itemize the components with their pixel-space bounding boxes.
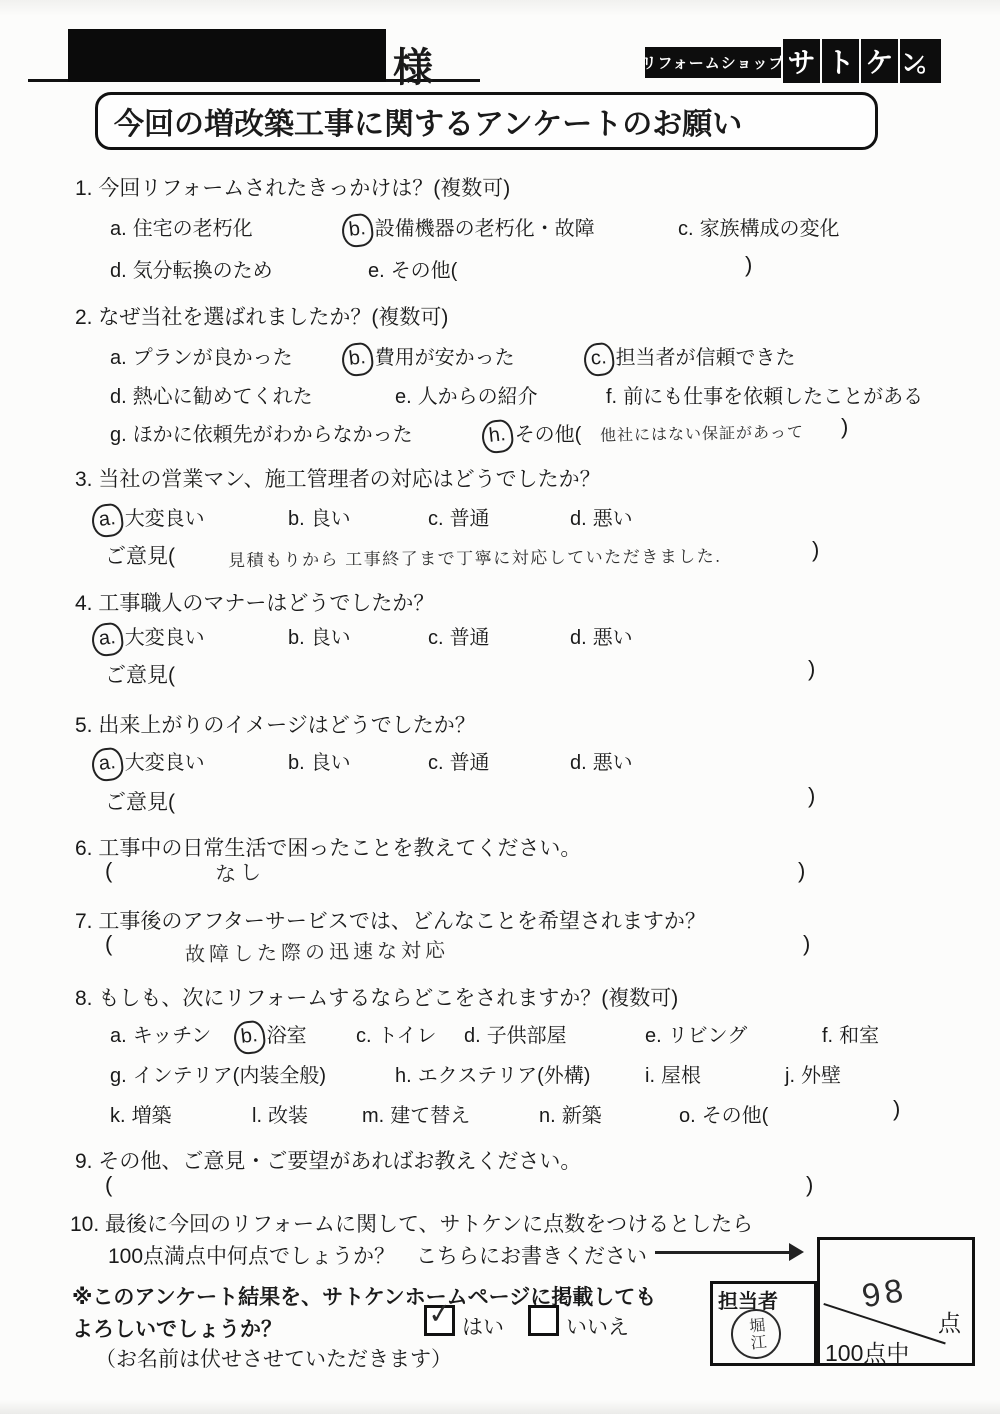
circled-option-letter: a. bbox=[90, 621, 124, 657]
option-label: その他( bbox=[391, 260, 458, 282]
questionnaire-page: 様 リフォームショップ サ ト ケ ン。 今回の増改築工事に関するアンケートのお… bbox=[0, 0, 1000, 1414]
survey-title-box: 今回の増改築工事に関するアンケートのお願い bbox=[95, 92, 878, 150]
option-label: 熱心に勧めてくれた bbox=[133, 386, 313, 408]
q3-option-c: c.普通 bbox=[428, 502, 490, 531]
consent-note: （お名前は伏せさせていただきます） bbox=[95, 1343, 452, 1373]
consent-line2: よろしいでしょうか？ bbox=[72, 1313, 282, 1343]
q2-option-d: d.熱心に勧めてくれた bbox=[110, 380, 313, 409]
option-letter: d. bbox=[110, 386, 127, 409]
logo-reform-shop: リフォームショップ bbox=[645, 47, 781, 78]
option-letter: d. bbox=[110, 260, 127, 283]
option-label: 普通 bbox=[450, 752, 490, 774]
option-label: 良い bbox=[311, 752, 351, 774]
q3-heading: 3. 当社の営業マン、施工管理者の対応はどうでしたか？ bbox=[75, 463, 601, 493]
close-paren: ) bbox=[806, 1172, 813, 1198]
option-label: リビング bbox=[668, 1025, 748, 1047]
q7-answer-handwritten: 故障した際の迅速な対応 bbox=[185, 934, 449, 968]
option-label: ほかに依頼先がわからなかった bbox=[133, 424, 413, 446]
option-label: 前にも仕事を依頼したことがある bbox=[623, 386, 923, 408]
q4-option-d: d.悪い bbox=[570, 621, 633, 650]
option-letter: f. bbox=[822, 1025, 833, 1048]
q2-option-e: e.人からの紹介 bbox=[395, 380, 538, 409]
q6-answer-handwritten: なし bbox=[214, 855, 266, 888]
q2-option-a: a.プランが良かった bbox=[110, 341, 293, 370]
option-letter: b. bbox=[288, 752, 305, 775]
option-letter: d. bbox=[570, 752, 587, 775]
no-label: いいえ bbox=[566, 1311, 629, 1341]
option-label: 担当者が信頼できた bbox=[616, 347, 796, 369]
close-paren: ) bbox=[798, 858, 805, 884]
q8-option-e: e.リビング bbox=[645, 1019, 747, 1048]
q9-heading: 9. その他、ご意見・ご要望があればお教えください。 bbox=[75, 1145, 581, 1175]
q6-heading: 6. 工事中の日常生活で困ったことを教えてください。 bbox=[75, 832, 581, 862]
option-letter: c. bbox=[428, 752, 444, 775]
q8-option-h: h.エクステリア(外構) bbox=[395, 1059, 590, 1088]
q2-option-h: h.その他( bbox=[490, 418, 581, 449]
option-label: 浴室 bbox=[267, 1025, 307, 1047]
option-letter: a. bbox=[110, 218, 127, 241]
option-letter: c. bbox=[428, 508, 444, 531]
option-label: 悪い bbox=[593, 627, 633, 649]
q3-option-d: d.悪い bbox=[570, 502, 633, 531]
logo-brand-char: サ bbox=[783, 39, 820, 83]
option-label: 子供部屋 bbox=[487, 1025, 567, 1047]
yes-checkmark: ✓ bbox=[426, 1296, 455, 1331]
option-label: キッチン bbox=[133, 1025, 212, 1047]
q2-option-g: g.ほかに依頼先がわからなかった bbox=[110, 418, 413, 447]
q2-heading: 2. なぜ当社を選ばれましたか？(複数可) bbox=[75, 301, 448, 331]
circled-option-letter: b. bbox=[340, 341, 374, 377]
circled-option-letter: h. bbox=[480, 418, 514, 454]
q5-option-c: c.普通 bbox=[428, 746, 490, 775]
option-letter: e. bbox=[645, 1025, 662, 1048]
option-letter: i. bbox=[645, 1065, 655, 1088]
arrow-head-icon bbox=[789, 1243, 804, 1261]
q8-option-l: l.改装 bbox=[252, 1099, 308, 1128]
q1-option-d: d.気分転換のため bbox=[110, 254, 273, 283]
q8-option-k: k.増築 bbox=[110, 1099, 172, 1128]
option-letter: d. bbox=[570, 627, 587, 650]
option-letter: j. bbox=[785, 1065, 795, 1088]
q8-option-j: j.外壁 bbox=[785, 1059, 841, 1088]
option-letter: a. bbox=[110, 1025, 127, 1048]
option-letter: c. bbox=[428, 627, 444, 650]
option-label: 気分転換のため bbox=[133, 260, 273, 282]
close-paren: ) bbox=[893, 1096, 900, 1122]
score-unit: 点 bbox=[938, 1305, 961, 1338]
logo-brand-char: ケ bbox=[861, 39, 898, 83]
arrow-to-score-box bbox=[655, 1251, 791, 1254]
option-letter: g. bbox=[110, 1065, 127, 1088]
option-letter: f. bbox=[606, 386, 617, 409]
q4-comment-label: ご意見( bbox=[105, 659, 175, 689]
close-paren: ) bbox=[808, 656, 815, 682]
option-letter: e. bbox=[368, 260, 385, 283]
survey-title: 今回の増改築工事に関するアンケートのお願い bbox=[114, 99, 742, 143]
option-label: インテリア(内装全般) bbox=[133, 1065, 326, 1087]
stamp-name: 堀江 bbox=[746, 1316, 766, 1351]
circled-option-letter: a. bbox=[90, 746, 124, 782]
q10-line1: 10. 最後に今回のリフォームに関して、サトケンに点数をつけるとしたら bbox=[70, 1208, 753, 1238]
option-label: 家族構成の変化 bbox=[700, 218, 840, 240]
q7-heading: 7. 工事後のアフターサービスでは、どんなことを希望されますか？ bbox=[75, 905, 706, 935]
option-letter: l. bbox=[252, 1105, 262, 1128]
q8-option-d: d.子供部屋 bbox=[464, 1019, 567, 1048]
option-letter: a. bbox=[110, 347, 127, 370]
option-letter: h. bbox=[395, 1065, 412, 1088]
option-label: その他( bbox=[702, 1105, 769, 1127]
q8-option-i: i.屋根 bbox=[645, 1059, 701, 1088]
option-letter: n. bbox=[539, 1105, 556, 1128]
honorific-sama: 様 bbox=[393, 36, 433, 93]
option-label: 人からの紹介 bbox=[418, 386, 538, 408]
option-letter: o. bbox=[679, 1105, 696, 1128]
q5-comment-label: ご意見( bbox=[105, 786, 175, 816]
option-label: 大変良い bbox=[125, 752, 205, 774]
q1-option-e: e.その他( bbox=[368, 254, 457, 283]
option-label: その他( bbox=[515, 424, 582, 446]
circled-option-letter: b. bbox=[340, 212, 374, 248]
option-label: プランが良かった bbox=[133, 347, 293, 369]
option-label: 大変良い bbox=[125, 508, 205, 530]
q8-option-m: m.建て替え bbox=[362, 1099, 470, 1128]
q8-option-g: g.インテリア(内装全般) bbox=[110, 1059, 326, 1088]
redacted-name-block bbox=[68, 29, 386, 82]
q5-heading: 5. 出来上がりのイメージはどうでしたか？ bbox=[75, 709, 476, 739]
option-label: 悪い bbox=[593, 508, 633, 530]
close-paren: ) bbox=[808, 783, 815, 809]
option-label: 悪い bbox=[593, 752, 633, 774]
q2-other-handwritten: 他社にはない保証があって bbox=[600, 419, 804, 446]
q4-option-b: b.良い bbox=[288, 621, 351, 650]
option-letter: g. bbox=[110, 424, 127, 447]
option-letter: b. bbox=[288, 627, 305, 650]
option-label: 普通 bbox=[450, 627, 490, 649]
option-label: 改装 bbox=[268, 1105, 308, 1127]
option-label: 建て替え bbox=[390, 1105, 470, 1127]
option-letter: c. bbox=[678, 218, 694, 241]
q4-heading: 4. 工事職人のマナーはどうでしたか？ bbox=[75, 587, 434, 617]
q8-option-a: a.キッチン bbox=[110, 1019, 211, 1048]
q5-option-d: d.悪い bbox=[570, 746, 633, 775]
option-label: 設備機器の老朽化・故障 bbox=[375, 218, 595, 240]
open-paren: ( bbox=[105, 858, 112, 884]
option-label: 住宅の老朽化 bbox=[133, 218, 253, 240]
q10-line2: 100点満点中何点でしょうか？ こちらにお書きください bbox=[108, 1240, 647, 1270]
q1-option-a: a.住宅の老朽化 bbox=[110, 212, 253, 241]
option-label: 費用が安かった bbox=[375, 347, 515, 369]
close-paren: ) bbox=[803, 931, 810, 957]
q8-option-b: b.浴室 bbox=[242, 1019, 307, 1050]
option-label: 良い bbox=[311, 627, 351, 649]
yes-label: はい bbox=[462, 1311, 504, 1341]
circled-option-letter: a. bbox=[90, 502, 124, 538]
close-paren: ) bbox=[812, 537, 819, 563]
option-letter: d. bbox=[464, 1025, 481, 1048]
q1-heading: 1. 今回リフォームされたきっかけは？(複数可) bbox=[75, 172, 510, 202]
option-letter: b. bbox=[288, 508, 305, 531]
option-label: 和室 bbox=[839, 1025, 879, 1047]
q5-option-a: a.大変良い bbox=[100, 746, 205, 777]
q2-option-f: f.前にも仕事を依頼したことがある bbox=[606, 380, 923, 409]
consent-line1: ※このアンケート結果を、サトケンホームページに掲載しても bbox=[72, 1281, 656, 1311]
option-letter: c. bbox=[356, 1025, 372, 1048]
q4-option-a: a.大変良い bbox=[100, 621, 205, 652]
q3-option-a: a.大変良い bbox=[100, 502, 205, 533]
q8-option-o: o.その他( bbox=[679, 1099, 768, 1128]
close-paren: ) bbox=[841, 414, 848, 440]
q1-option-c: c.家族構成の変化 bbox=[678, 212, 840, 241]
option-label: 良い bbox=[311, 508, 351, 530]
q8-option-f: f.和室 bbox=[822, 1019, 879, 1048]
close-paren: ) bbox=[745, 252, 752, 278]
option-letter: m. bbox=[362, 1105, 384, 1128]
logo-brand-char: ト bbox=[822, 39, 859, 83]
logo-brand-char: ン。 bbox=[900, 39, 941, 83]
q8-option-c: c.トイレ bbox=[356, 1019, 437, 1048]
no-checkbox[interactable] bbox=[528, 1305, 559, 1336]
option-letter: k. bbox=[110, 1105, 126, 1128]
option-label: 大変良い bbox=[125, 627, 205, 649]
option-label: トイレ bbox=[378, 1025, 437, 1047]
option-label: 増築 bbox=[132, 1105, 172, 1127]
score-handwritten: 98 bbox=[859, 1271, 909, 1316]
q3-comment-label: ご意見( bbox=[105, 540, 175, 570]
q3-option-b: b.良い bbox=[288, 502, 351, 531]
scan-edge-top bbox=[0, 0, 1000, 16]
q2-option-c: c.担当者が信頼できた bbox=[592, 341, 796, 372]
q8-option-n: n.新築 bbox=[539, 1099, 602, 1128]
open-paren: ( bbox=[105, 1172, 112, 1198]
score-denominator: 100点中 bbox=[825, 1335, 909, 1368]
option-label: 屋根 bbox=[661, 1065, 701, 1087]
q2-option-b: b.費用が安かった bbox=[350, 341, 515, 372]
circled-option-letter: b. bbox=[232, 1019, 266, 1055]
option-letter: e. bbox=[395, 386, 412, 409]
option-label: 普通 bbox=[450, 508, 490, 530]
q8-heading: 8. もしも、次にリフォームするならどこをされますか？(複数可) bbox=[75, 982, 678, 1012]
open-paren: ( bbox=[105, 931, 112, 957]
option-label: 外壁 bbox=[801, 1065, 841, 1087]
circled-option-letter: c. bbox=[582, 342, 615, 378]
option-label: エクステリア(外構) bbox=[418, 1065, 591, 1087]
q3-comment-handwritten: 見積もりから 工事終了まで丁寧に対応していただきました. bbox=[228, 542, 722, 571]
q5-option-b: b.良い bbox=[288, 746, 351, 775]
q4-option-c: c.普通 bbox=[428, 621, 490, 650]
option-letter: d. bbox=[570, 508, 587, 531]
scan-edge-bottom bbox=[0, 1400, 1000, 1414]
option-label: 新築 bbox=[562, 1105, 602, 1127]
q1-option-b: b.設備機器の老朽化・故障 bbox=[350, 212, 595, 243]
